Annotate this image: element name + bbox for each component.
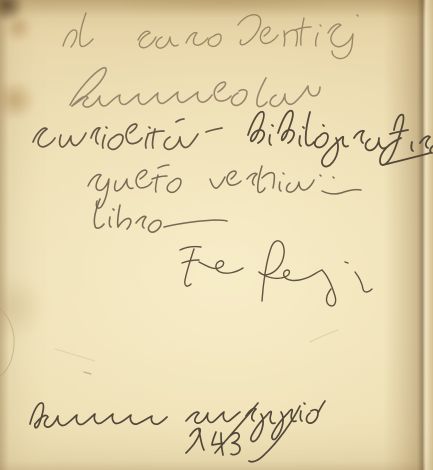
book-flyleaf-scan: Al caro Dentici come sola curiosità bibl… <box>0 0 433 470</box>
stroke-dateline <box>30 401 325 462</box>
faint-scratch-2 <box>55 349 95 361</box>
handwriting-ink <box>0 0 433 470</box>
stroke-line-1 <box>63 13 358 58</box>
crease-and-marks <box>0 309 338 376</box>
stroke-line-3b <box>248 111 433 167</box>
pencil-dash-mark <box>84 372 91 374</box>
left-crease-arc <box>0 309 14 376</box>
stroke-line-3a <box>33 119 222 149</box>
faint-scratch-1 <box>310 330 338 342</box>
stroke-line-5 <box>94 199 227 232</box>
stroke-line-2 <box>70 68 320 107</box>
stroke-signature <box>180 241 372 306</box>
stroke-line-4 <box>88 165 361 208</box>
